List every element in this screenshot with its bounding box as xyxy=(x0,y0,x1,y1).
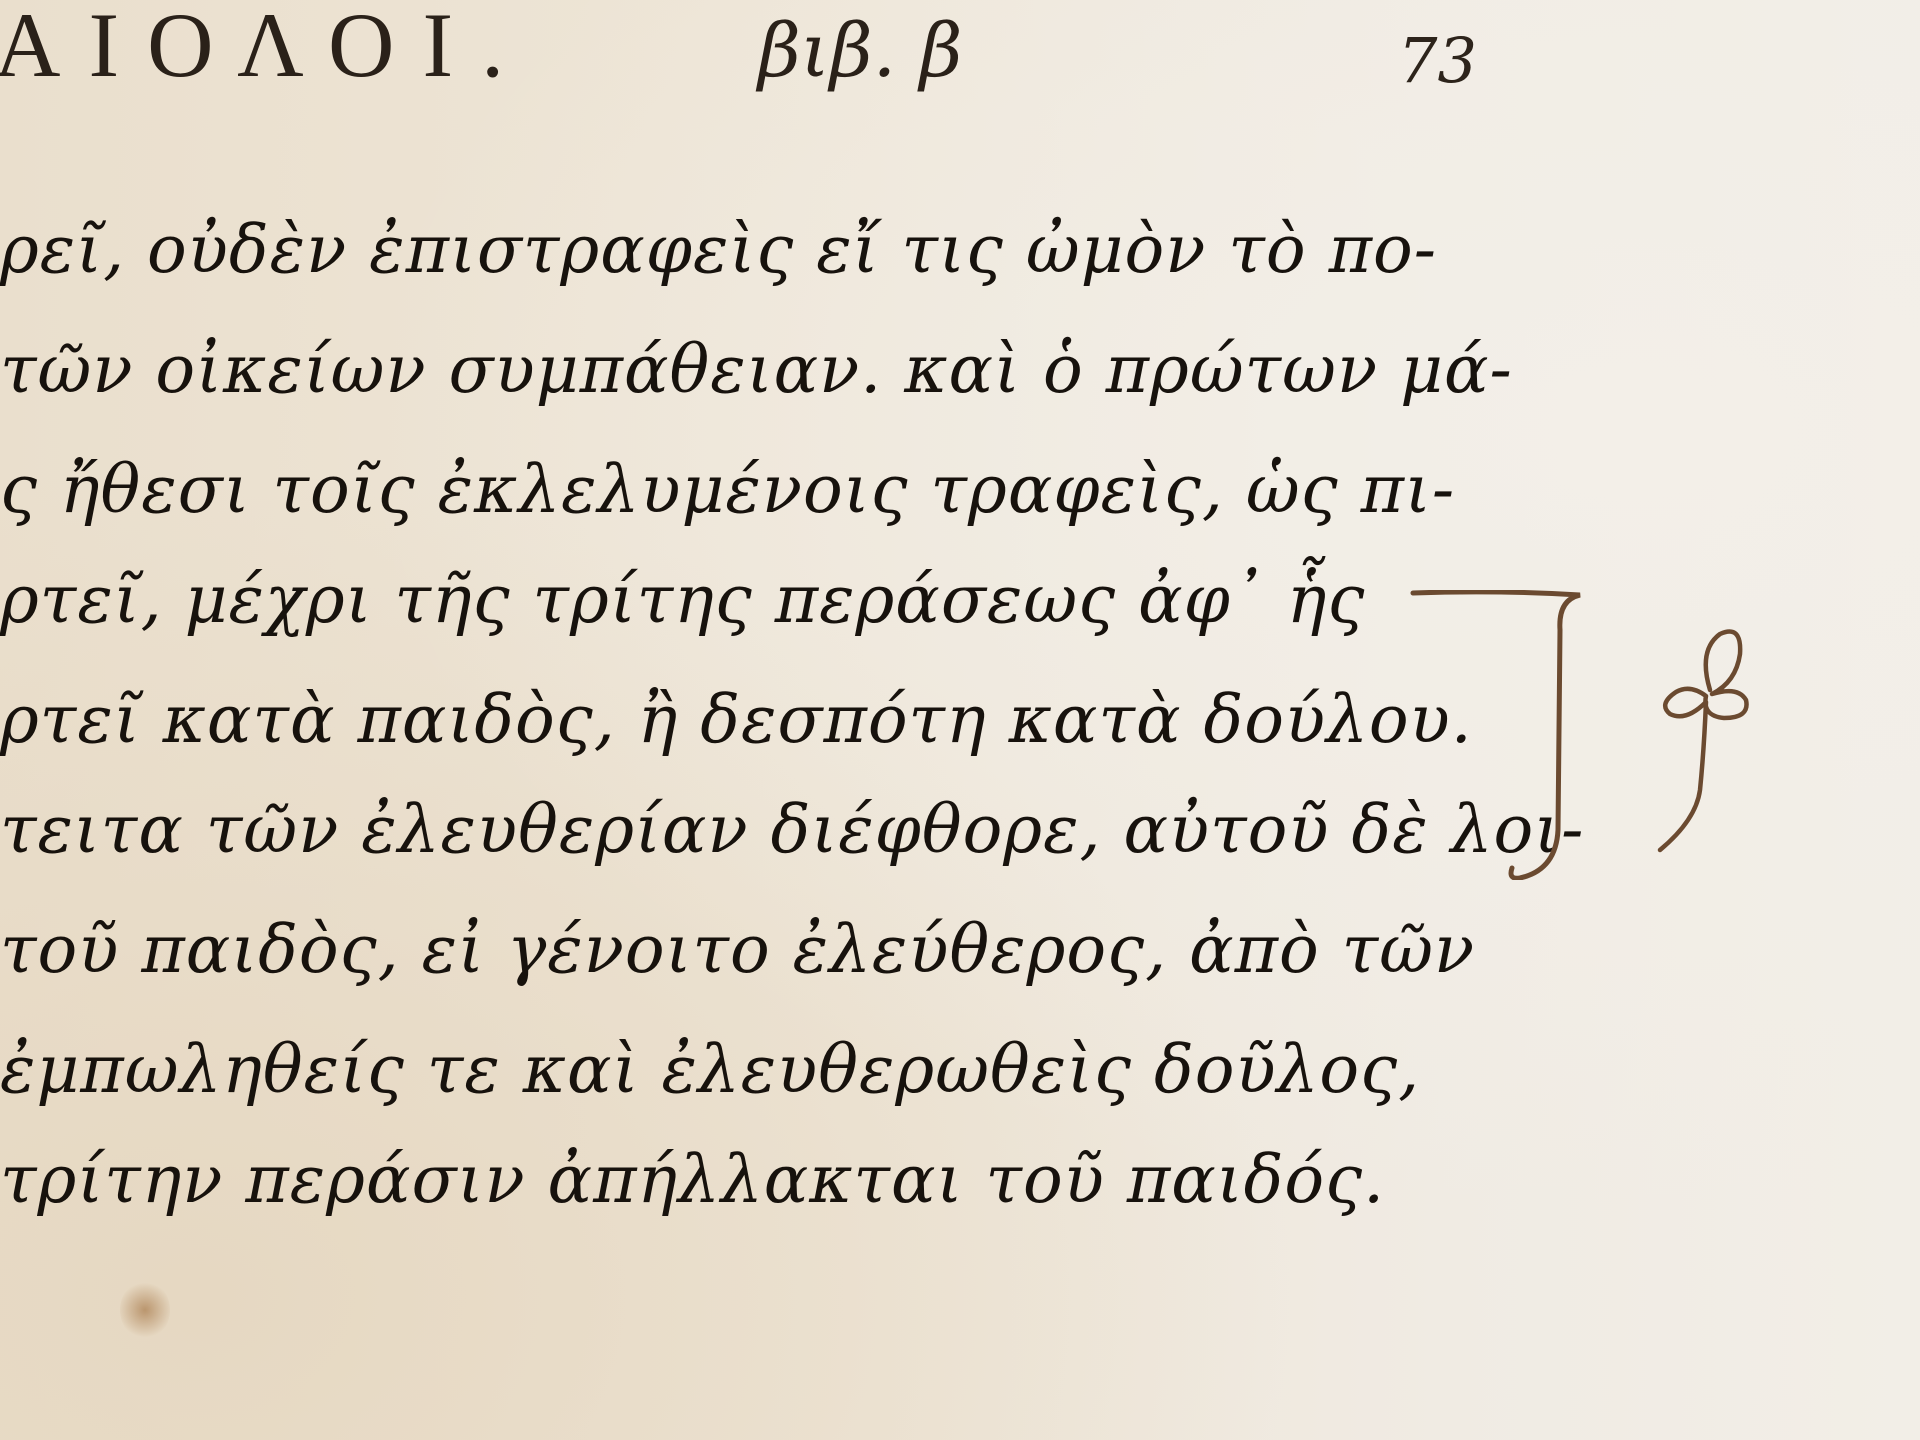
margin-note-icon xyxy=(1640,620,1760,860)
running-head: ΑΙΟΛΟΙ. xyxy=(0,0,532,98)
page-number: 73 xyxy=(1398,24,1477,97)
paper-stain xyxy=(120,1280,170,1340)
text-line: ἐμπωληθείς τε καὶ ἐλευθερωθεὶς δοῦλος, xyxy=(0,1030,1420,1110)
book-reference: βιβ. β xyxy=(758,8,962,94)
text-line: ρτεῖ κατὰ παιδὸς, ἢ δεσπότη κατὰ δούλου. xyxy=(0,680,1473,760)
text-line: τοῦ παιδὸς, εἰ γένοιτο ἐλεύθερος, ἀπὸ τῶ… xyxy=(0,910,1475,990)
text-line: ρτεῖ, μέχρι τῆς τρίτης περάσεως ἀφ᾽ ἧς xyxy=(0,560,1365,640)
text-line: τῶν οἰκείων συμπάθειαν. καὶ ὁ πρώτων μά- xyxy=(0,330,1513,410)
text-line: τρίτην περάσιν ἀπήλλακται τοῦ παιδός. xyxy=(0,1140,1385,1220)
text-line: τειτα τῶν ἐλευθερίαν διέφθορε, αὐτοῦ δὲ … xyxy=(0,790,1584,870)
margin-bracket-icon xyxy=(1408,590,1582,880)
book-page: ΑΙΟΛΟΙ. βιβ. β 73 ρεῖ, οὐδὲν ἐπιστραφεὶς… xyxy=(0,0,1920,1440)
text-line: ς ἤθεσι τοῖς ἐκλελυμένοις τραφεὶς, ὡς πι… xyxy=(0,450,1455,530)
text-line: ρεῖ, οὐδὲν ἐπιστραφεὶς εἴ τις ὠμὸν τὸ πο… xyxy=(0,210,1437,290)
